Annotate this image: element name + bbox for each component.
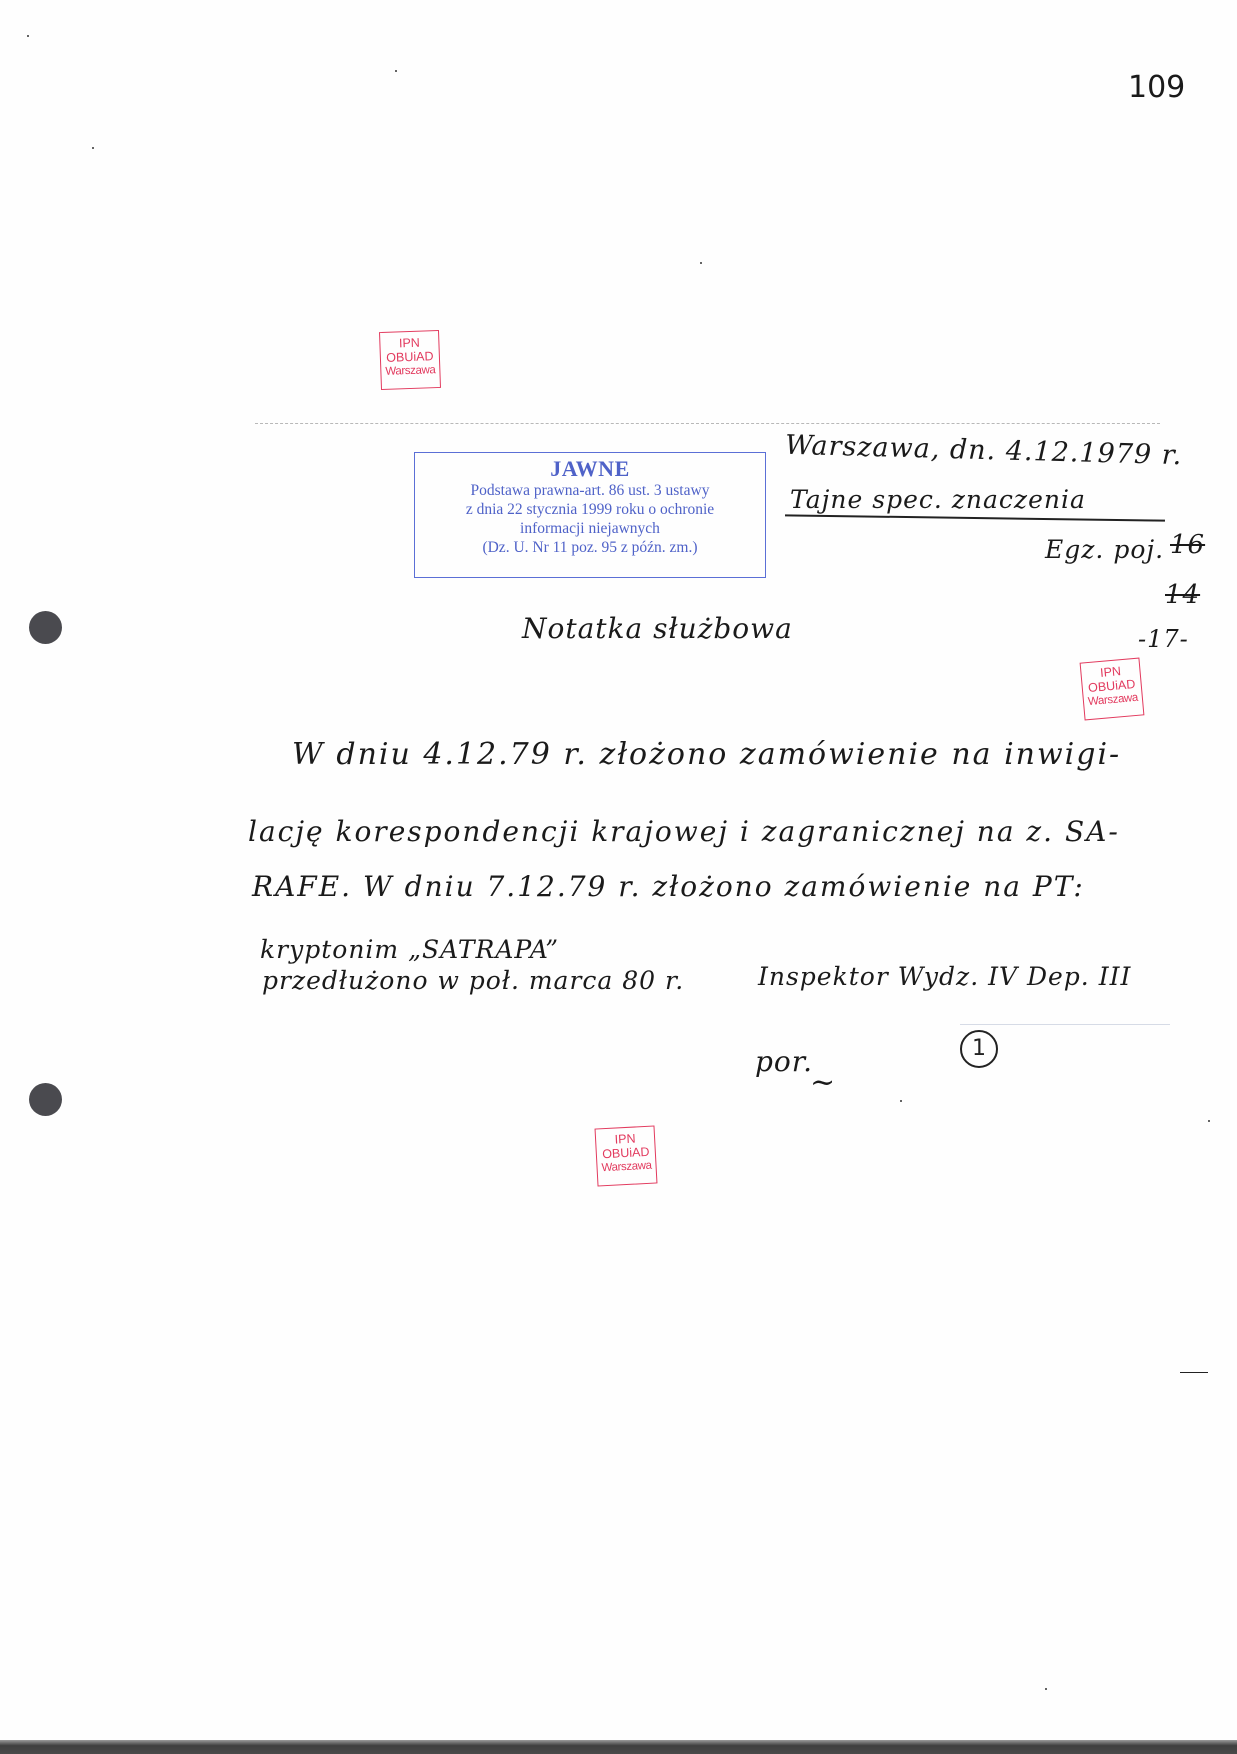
classification-label: Tajne spec. znaczenia — [790, 485, 1086, 514]
ipn-stamp-line3: Warszawa — [381, 363, 439, 379]
scan-speck — [900, 1100, 902, 1102]
fold-line — [960, 1024, 1170, 1025]
signature-title: Inspektor Wydz. IV Dep. III — [758, 962, 1131, 991]
body-line: przedłużono w poł. marca 80 r. — [262, 966, 684, 995]
scan-mark — [1180, 1372, 1208, 1373]
page-number: 109 — [1128, 70, 1185, 105]
copy-label: Egz. poj. — [1045, 535, 1164, 564]
sheet-number-crossed: 14 — [1165, 580, 1200, 610]
signature-mark: ~ — [810, 1065, 836, 1100]
punch-hole-bottom — [29, 1083, 62, 1116]
scan-speck — [92, 147, 94, 149]
declassification-stamp-line: z dnia 22 stycznia 1999 roku o ochronie — [415, 500, 765, 519]
declassification-stamp-line: informacji niejawnych — [415, 519, 765, 538]
ipn-stamp: IPN OBUiAD Warszawa — [1080, 657, 1145, 720]
body-line: RAFE. W dniu 7.12.79 r. złożono zamówien… — [252, 870, 1085, 903]
fold-line — [255, 423, 1160, 424]
signature-rank: por. — [755, 1045, 813, 1078]
body-line: lację korespondencji krajowej i zagranic… — [248, 815, 1120, 848]
scanner-edge — [0, 1740, 1237, 1754]
scan-speck — [27, 35, 29, 37]
declassification-stamp-line: Podstawa prawna-art. 86 ust. 3 ustawy — [415, 481, 765, 500]
place-date: Warszawa, dn. 4.12.1979 r. — [785, 430, 1183, 471]
scan-speck — [700, 262, 702, 264]
scan-speck — [1045, 1688, 1047, 1690]
document-title: Notatka służbowa — [522, 612, 793, 645]
body-line: kryptonim „SATRAPA” — [260, 935, 559, 964]
scan-speck — [1208, 1120, 1210, 1122]
declassification-stamp: JAWNE Podstawa prawna-art. 86 ust. 3 ust… — [414, 452, 766, 578]
sheet-number: -17- — [1138, 625, 1189, 653]
body-line: W dniu 4.12.79 r. złożono zamówienie na … — [292, 737, 1121, 772]
ipn-stamp-line3: Warszawa — [597, 1158, 656, 1175]
ipn-stamp: IPN OBUiAD Warszawa — [595, 1125, 658, 1186]
declassification-stamp-title: JAWNE — [415, 457, 765, 481]
sheet-number-crossed: 16 — [1170, 530, 1205, 560]
circled-number: 1 — [960, 1030, 998, 1068]
scan-speck — [395, 70, 397, 72]
declassification-stamp-line: (Dz. U. Nr 11 poz. 95 z późn. zm.) — [415, 538, 765, 557]
punch-hole-top — [29, 611, 62, 644]
classification-underline — [785, 514, 1165, 521]
ipn-stamp: IPN OBUiAD Warszawa — [379, 330, 441, 390]
scanned-page: 109 IPN OBUiAD Warszawa IPN OBUiAD Warsz… — [0, 0, 1237, 1754]
